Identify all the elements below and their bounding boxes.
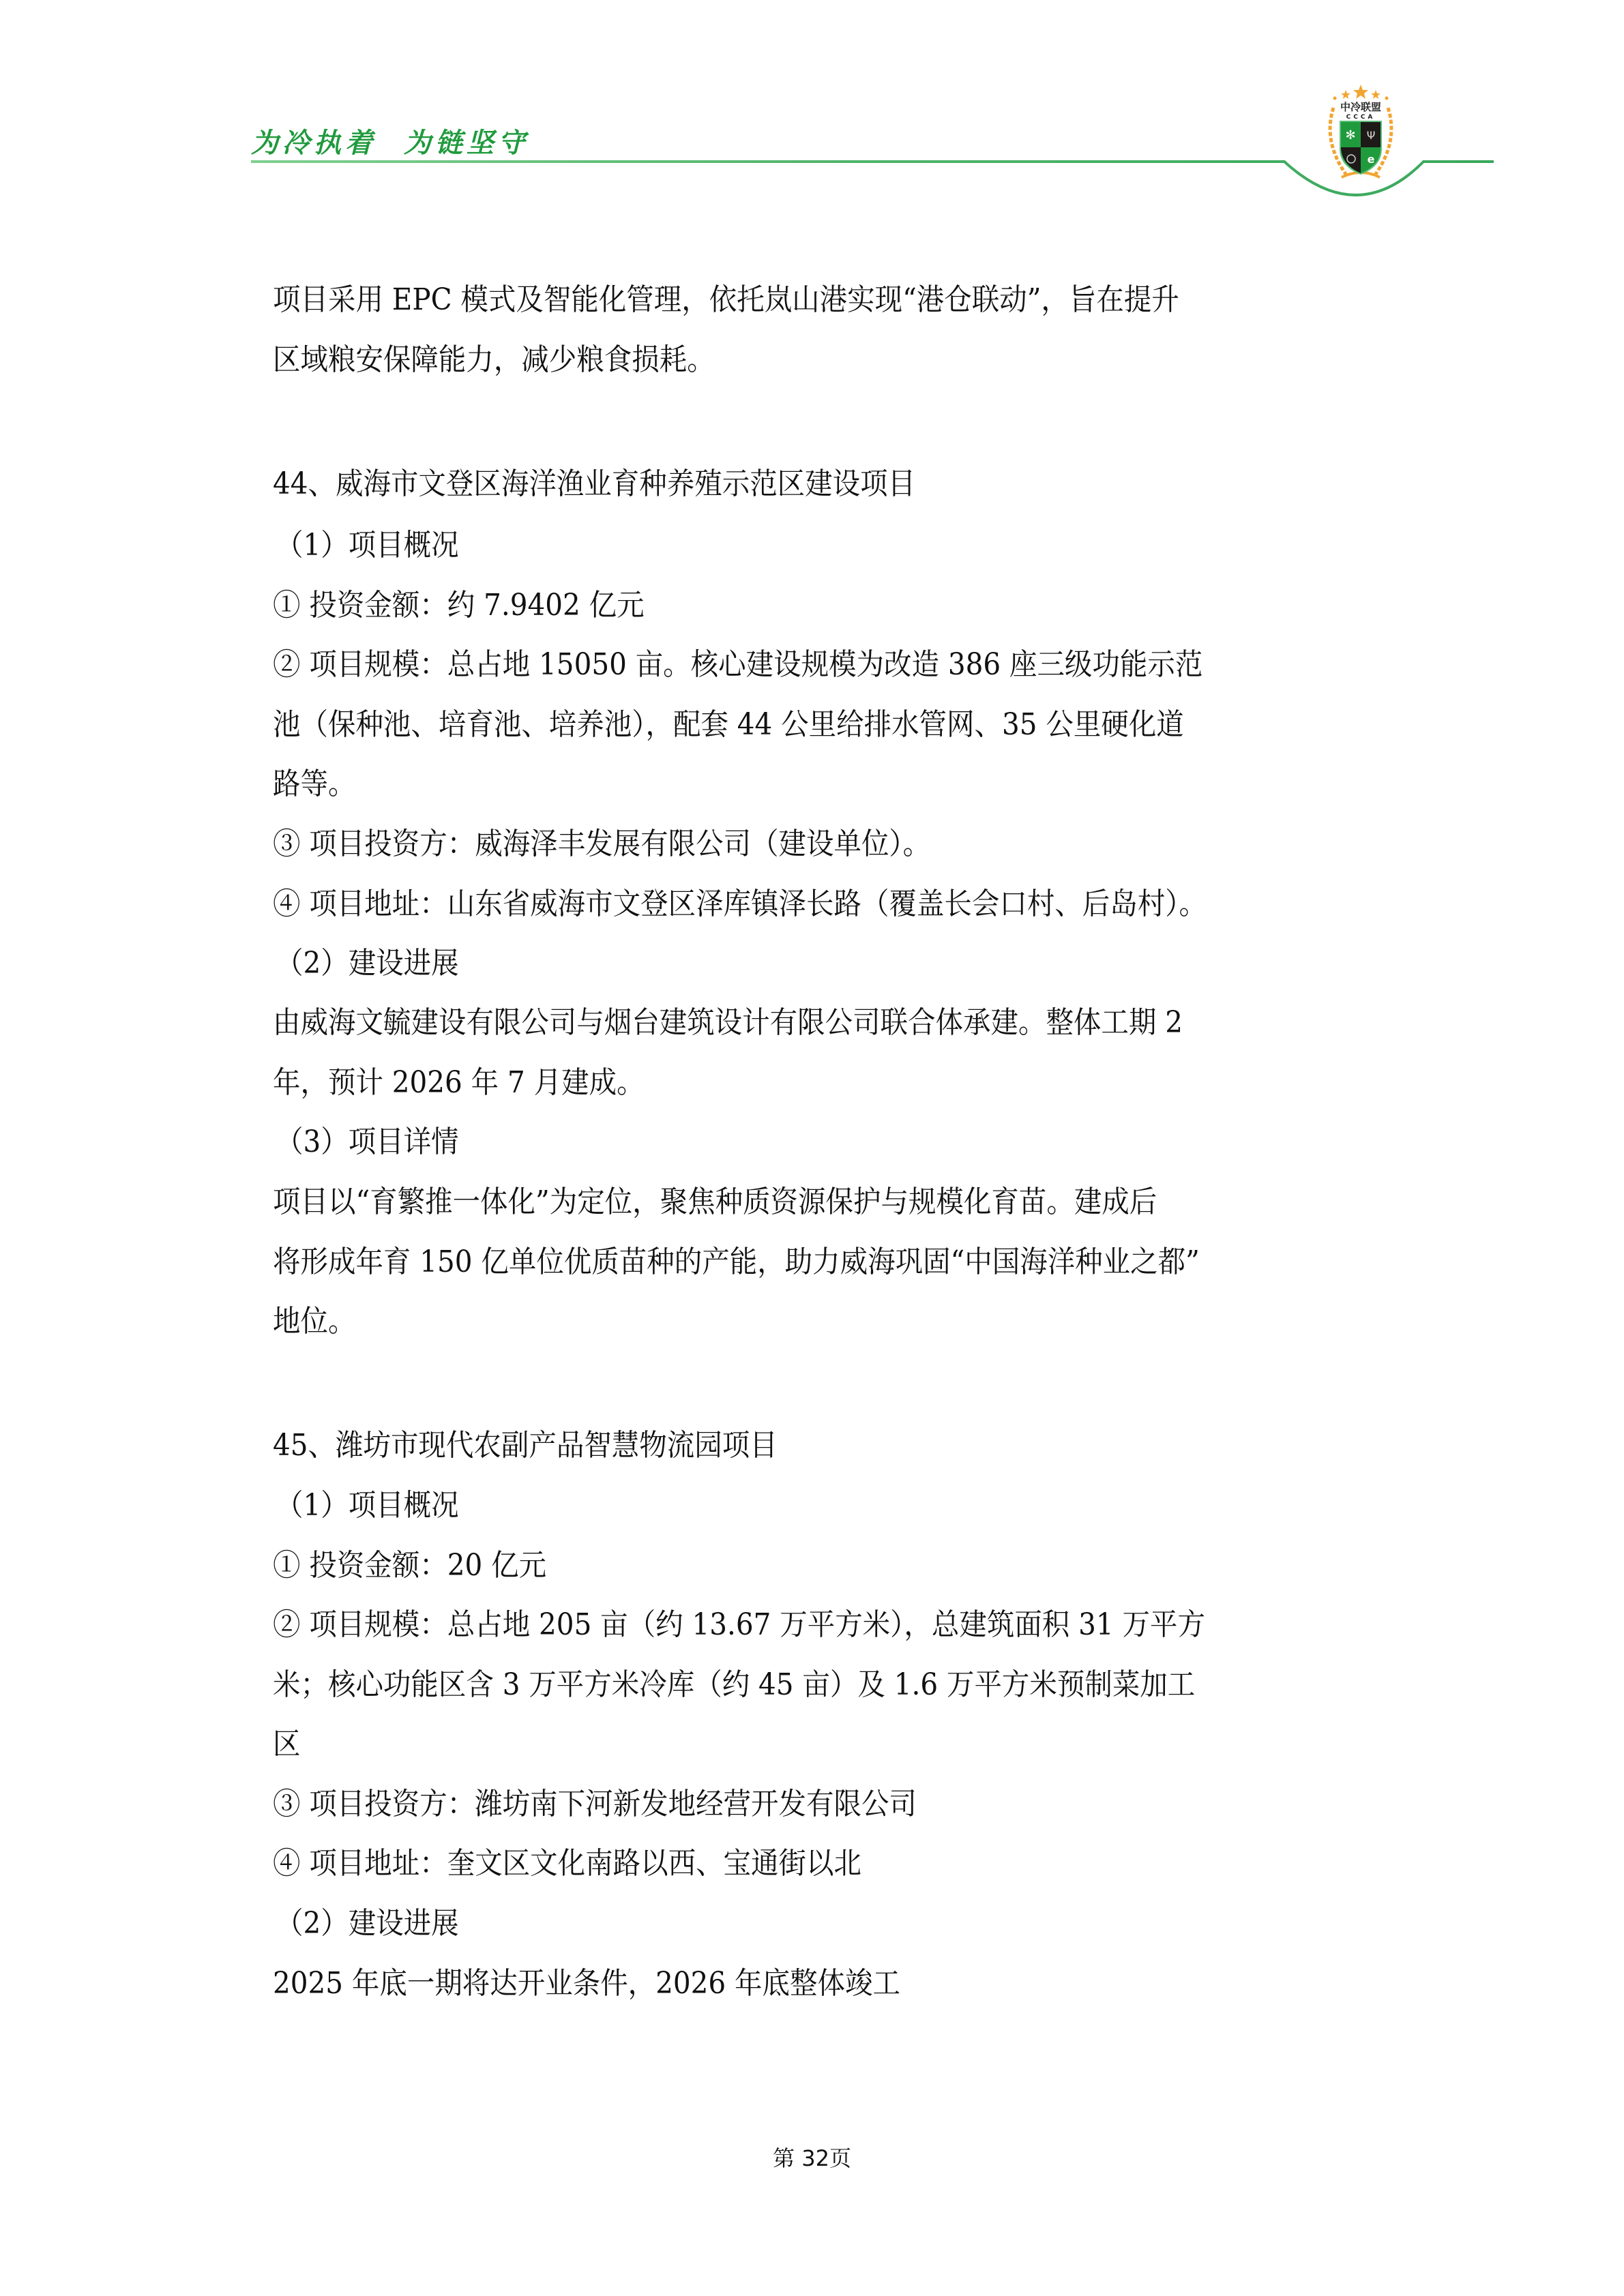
paragraph-line: 区域粮安保障能力，减少粮食损耗。 bbox=[273, 340, 715, 381]
paragraph-line: 区 bbox=[273, 1724, 300, 1765]
list-item-scale: ② 项目规模：总占地 205 亩（约 13.67 万平方米），总建筑面积 31 … bbox=[273, 1605, 1205, 1645]
subsection-heading: （1）项目概况 bbox=[276, 525, 459, 566]
ccca-shield-logo-icon: 中冷联盟 CCCA ✻ Ψ e bbox=[1320, 80, 1402, 183]
paragraph-line: 年，预计 2026 年 7 月建成。 bbox=[273, 1062, 645, 1103]
paragraph-line: 2025 年底一期将达开业条件，2026 年底整体竣工 bbox=[273, 1963, 900, 2004]
svg-text:中冷联盟: 中冷联盟 bbox=[1340, 101, 1381, 113]
list-item-investment: ① 投资金额：20 亿元 bbox=[273, 1545, 546, 1586]
page-header: 为冷执着 为链坚守 中冷联盟 CCCA bbox=[0, 0, 1624, 205]
section-heading-45: 45、潍坊市现代农副产品智慧物流园项目 bbox=[273, 1425, 778, 1466]
paragraph-line: 地位。 bbox=[273, 1301, 355, 1342]
svg-text:CCCA: CCCA bbox=[1346, 114, 1376, 121]
paragraph-line: 将形成年育 150 亿单位优质苗种的产能，助力威海巩固“中国海洋种业之都” bbox=[273, 1242, 1200, 1283]
svg-text:✻: ✻ bbox=[1345, 128, 1355, 143]
subsection-heading: （2）建设进展 bbox=[276, 1903, 459, 1944]
paragraph-line: 项目采用 EPC 模式及智能化管理，依托岚山港实现“港仓联动”，旨在提升 bbox=[273, 280, 1179, 320]
paragraph-line: 项目以“育繁推一体化”为定位，聚焦种质资源保护与规模化育苗。建成后 bbox=[273, 1182, 1157, 1223]
list-item-address: ④ 项目地址：奎文区文化南路以西、宝通街以北 bbox=[273, 1843, 861, 1884]
list-item-investment: ① 投资金额：约 7.9402 亿元 bbox=[273, 585, 645, 626]
paragraph-line: 米；核心功能区含 3 万平方米冷库（约 45 亩）及 1.6 万平方米预制菜加工 bbox=[273, 1665, 1195, 1705]
subsection-heading: （1）项目概况 bbox=[276, 1485, 459, 1526]
svg-text:e: e bbox=[1368, 153, 1375, 166]
list-item-investor: ③ 项目投资方：潍坊南下河新发地经营开发有限公司 bbox=[273, 1784, 917, 1825]
subsection-heading: （3）项目详情 bbox=[276, 1122, 459, 1163]
page-number: 第 32页 bbox=[0, 2141, 1624, 2173]
list-item-scale: ② 项目规模：总占地 15050 亩。核心建设规模为改造 386 座三级功能示范 bbox=[273, 644, 1202, 685]
list-item-address: ④ 项目地址：山东省威海市文登区泽库镇泽长路（覆盖长会口村、后岛村）。 bbox=[273, 884, 1207, 925]
paragraph-line: 由威海文毓建设有限公司与烟台建筑设计有限公司联合体承建。整体工期 2 bbox=[273, 1002, 1183, 1043]
subsection-heading: （2）建设进展 bbox=[276, 943, 459, 984]
paragraph-line: 池（保种池、培育池、培养池），配套 44 公里给排水管网、35 公里硬化道 bbox=[273, 704, 1184, 745]
section-heading-44: 44、威海市文登区海洋渔业育种养殖示范区建设项目 bbox=[273, 464, 915, 505]
svg-text:Ψ: Ψ bbox=[1367, 129, 1376, 142]
paragraph-line: 路等。 bbox=[273, 764, 355, 805]
list-item-investor: ③ 项目投资方：威海泽丰发展有限公司（建设单位）。 bbox=[273, 824, 930, 865]
